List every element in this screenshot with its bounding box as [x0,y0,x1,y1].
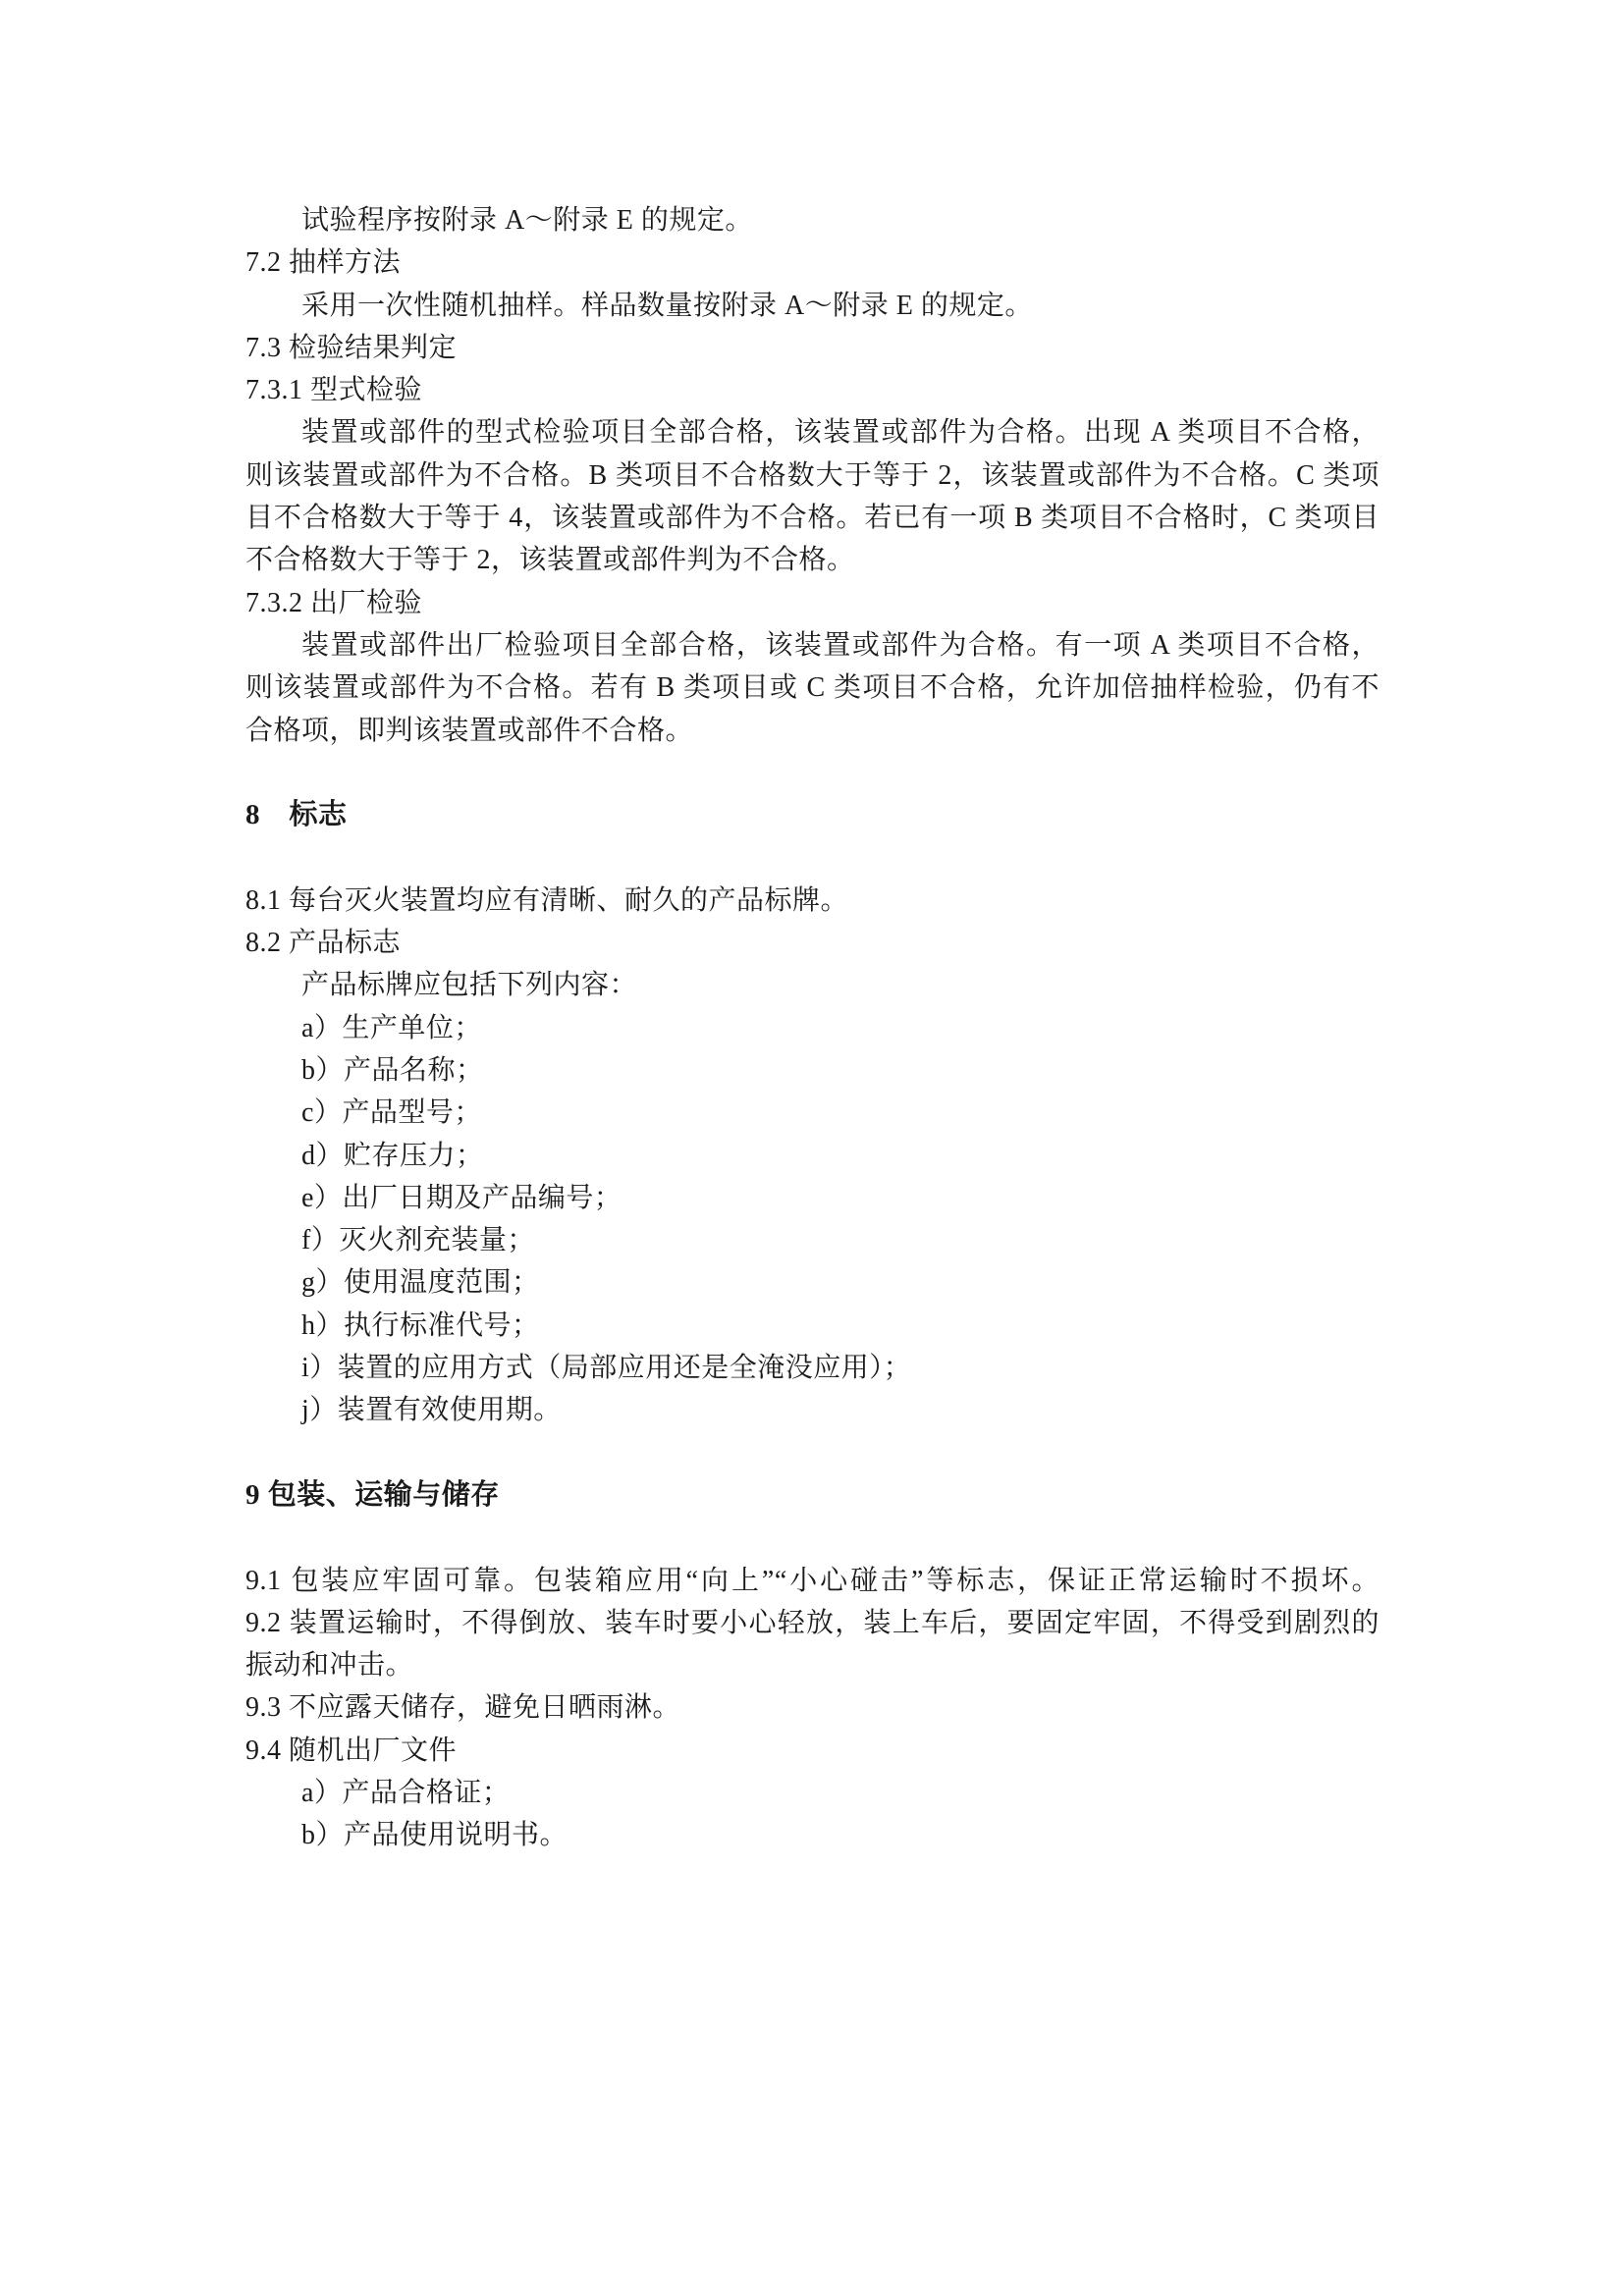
paragraph-line-continuation: 振动和冲击。 [245,1644,1380,1686]
document-content: 试验程序按附录 A～附录 E 的规定。 7.2 抽样方法 采用一次性随机抽样。样… [245,199,1380,1857]
list-item-b: b）产品使用说明书。 [245,1814,1380,1856]
clause-9-3: 9.3 不应露天储存，避免日晒雨淋。 [245,1686,1380,1729]
list-item-j: j）装置有效使用期。 [245,1389,1380,1431]
list-item-a: a）生产单位； [245,1007,1380,1049]
list-item-d: d）贮存压力； [245,1135,1380,1177]
paragraph-line: 装置或部件出厂检验项目全部合格，该装置或部件为合格。有一项 A 类项目不合格， [245,624,1380,667]
list-item-h: h）执行标准代号； [245,1305,1380,1347]
spacer [245,752,1380,794]
paragraph-line: 不合格数大于等于 2，该装置或部件判为不合格。 [245,539,1380,581]
spacer [245,836,1380,879]
clause-9-2: 9.2 装置运输时，不得倒放、装车时要小心轻放，装上车后，要固定牢固，不得受到剧… [245,1602,1380,1644]
list-item-b: b）产品名称； [245,1049,1380,1092]
spacer [245,1432,1380,1474]
clause-9-4-heading: 9.4 随机出厂文件 [245,1730,1380,1772]
paragraph-line: 则该装置或部件为不合格。若有 B 类项目或 C 类项目不合格，允许加倍抽样检验，… [245,667,1380,709]
list-item-e: e）出厂日期及产品编号； [245,1177,1380,1219]
clause-9-1: 9.1 包装应牢固可靠。包装箱应用“向上”“小心碰击”等标志，保证正常运输时不损… [245,1560,1380,1602]
list-item-f: f）灭火剂充装量； [245,1219,1380,1261]
paragraph-line-test-procedure: 试验程序按附录 A～附录 E 的规定。 [245,199,1380,241]
list-item-a: a）产品合格证； [245,1772,1380,1814]
chapter-9-heading: 9 包装、运输与储存 [245,1474,1380,1517]
paragraph-line: 合格项，即判该装置或部件不合格。 [245,710,1380,752]
paragraph-line: 则该装置或部件为不合格。B 类项目不合格数大于等于 2，该装置或部件为不合格。C… [245,454,1380,497]
clause-7-3-1-heading: 7.3.1 型式检验 [245,369,1380,411]
clause-7-3-heading: 7.3 检验结果判定 [245,327,1380,369]
clause-7-3-2-heading: 7.3.2 出厂检验 [245,582,1380,624]
paragraph-line-nameplate: 产品标牌应包括下列内容： [245,964,1380,1006]
paragraph-line: 目不合格数大于等于 4，该装置或部件为不合格。若已有一项 B 类项目不合格时，C… [245,497,1380,539]
list-item-c: c）产品型号； [245,1092,1380,1134]
clause-7-2-heading: 7.2 抽样方法 [245,241,1380,284]
document-page: 试验程序按附录 A～附录 E 的规定。 7.2 抽样方法 采用一次性随机抽样。样… [0,0,1623,2296]
clause-8-1: 8.1 每台灭火装置均应有清晰、耐久的产品标牌。 [245,880,1380,922]
clause-8-2-heading: 8.2 产品标志 [245,922,1380,964]
paragraph-line: 装置或部件的型式检验项目全部合格，该装置或部件为合格。出现 A 类项目不合格， [245,411,1380,454]
chapter-8-heading: 8 标志 [245,794,1380,836]
spacer [245,1517,1380,1559]
list-item-g: g）使用温度范围； [245,1261,1380,1304]
paragraph-line-sampling: 采用一次性随机抽样。样品数量按附录 A～附录 E 的规定。 [245,285,1380,327]
list-item-i: i）装置的应用方式（局部应用还是全淹没应用）； [245,1347,1380,1389]
